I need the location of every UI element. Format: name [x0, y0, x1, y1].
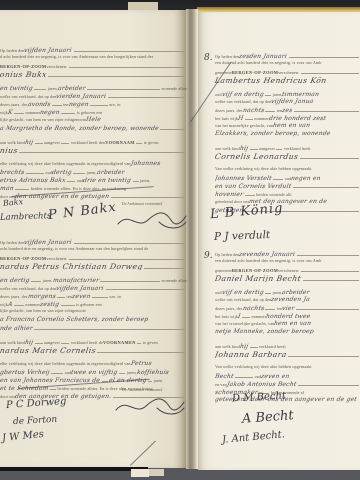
fill-line — [300, 154, 359, 160]
birth-record-entry: 9.Op heden den zevenden Januarieen duize… — [204, 250, 360, 469]
signature: Lambrechts — [0, 211, 51, 223]
printed-text: welke ons verklaard, dat op den — [215, 99, 271, 104]
printed-text: van het mannelijke geslacht, van — [215, 123, 273, 128]
fill-line — [235, 372, 253, 378]
printed-text: verklaard heeft — [259, 344, 286, 349]
fill-line — [108, 92, 186, 98]
fill-line — [303, 276, 359, 282]
handwritten-text: a Francina Cornelia Schetters, zonder be… — [0, 316, 149, 323]
record-lines: Op heden den zevenden Januarieen duizend… — [215, 250, 360, 404]
printed-text: aan welk kind — [215, 344, 240, 349]
birth-record-entry: 8.Op heden den zesden Januarieen duizend… — [204, 52, 360, 249]
handwritten-text: en van Cornelis Verdult — [215, 183, 292, 190]
handwritten-text: H — [237, 115, 244, 122]
handwritten-text: man — [0, 185, 14, 192]
handwritten-text: hem en van — [274, 320, 312, 327]
form-line: welke ons verklaard, dat op den vijfden … — [215, 98, 360, 106]
fill-line — [265, 288, 271, 294]
printed-text: dezes jaars, des — [0, 294, 28, 299]
form-line: en twintigjaren, arbeiderwonende alhie — [0, 84, 187, 92]
form-line: door ons den aangever en de getuigen — [0, 192, 187, 200]
printed-text: Op heden den — [215, 54, 239, 59]
form-line: d acht honderd drie en negentig, is voor… — [0, 54, 187, 62]
signature: de Forton — [13, 415, 58, 427]
printed-text: VOORNAMEN — [103, 340, 136, 345]
form-line: Van welke verklaring wij deze akte hebbe… — [215, 166, 360, 174]
printed-text: nommer — [254, 116, 269, 121]
handwritten-text: zes — [282, 107, 294, 114]
printed-text: Van welke verklaring wij deze akte hebbe… — [215, 364, 312, 369]
handwritten-text: onius Bukx — [0, 70, 48, 78]
printed-text: aan welk kind — [0, 340, 25, 345]
fill-line — [296, 304, 358, 310]
fill-line — [97, 348, 185, 354]
fill-line — [74, 238, 186, 244]
form-line: acht honderd drie en negentig, is voor o… — [0, 246, 187, 254]
printed-text: verschenen: — [278, 70, 299, 75]
form-line: welke ons verklaard, dat op den vierden … — [0, 92, 187, 100]
form-line: onius Bukx — [0, 70, 187, 78]
record-number: 8. — [204, 53, 213, 63]
handwritten-text: vijf en dertig — [221, 91, 264, 98]
signature: Bakx — [3, 197, 24, 208]
form-line: nardus Petrus Christiaan Dorweg — [0, 262, 187, 270]
form-line: lijke geslacht, van hem en van zijne ech… — [0, 308, 187, 316]
form-line: Elzakkers, zonder beroep, wonende — [215, 130, 360, 138]
form-line: gemeente BERGEN-OP-ZOOM verschenen: — [215, 266, 360, 274]
printed-text: lijke geslacht, van hem en van zijne ech… — [0, 117, 86, 122]
printed-text: wonende alhie — [161, 86, 187, 91]
form-line: a Francina Cornelia Schetters, zonder be… — [0, 316, 187, 324]
printed-text: een duizend acht honderd drie en negenti… — [215, 258, 321, 263]
handwritten-text: hem en van — [272, 122, 310, 129]
record-lines: Op heden den vijfden Januariacht honderd… — [0, 238, 187, 400]
handwritten-text: hij — [24, 339, 33, 346]
printed-text: jaren, — [127, 370, 137, 375]
handwritten-text: en twintig — [0, 85, 33, 92]
handwritten-text: Johannes Verstelt — [215, 175, 272, 182]
handwritten-text: den aangever en de getuigen — [15, 193, 110, 200]
printed-text: BERGEN-OP-ZOOM — [232, 268, 278, 273]
form-line: gemeente BERGEN-OP-ZOOM verschenen: — [215, 68, 360, 76]
printed-text: verschenen: — [278, 268, 299, 273]
printed-text: verklaard heeft den — [71, 140, 105, 145]
fill-line — [35, 338, 43, 344]
form-line: Cornelis Leonardus — [215, 152, 360, 160]
form-line: het huis wijk Inommer honderd twee — [215, 312, 360, 320]
fill-line — [265, 106, 275, 112]
handwritten-text: Daniel Marijn Becht — [215, 274, 302, 282]
printed-text: nommer — [25, 302, 40, 307]
printed-text: verklaard heeft de — [71, 340, 103, 345]
printed-text: welke ons verklaard, dat op den — [215, 297, 271, 302]
printed-text: oud — [215, 290, 222, 295]
printed-text: dezes jaars, des — [215, 306, 243, 311]
printed-text: beiden wonende alh — [256, 192, 291, 197]
handwritten-text: zeven en — [261, 373, 291, 380]
form-line: nardus Marie Cornelis — [0, 346, 187, 354]
handwritten-text: vier — [282, 305, 296, 312]
handwritten-text: etrus Adrianus Bakx — [0, 177, 66, 184]
fill-line — [106, 284, 186, 290]
form-line: en van Cornelis Verdult — [215, 182, 360, 190]
handwritten-text: Jakob Antonius Becht — [226, 381, 297, 388]
printed-text: jaren, — [140, 178, 150, 183]
form-line: een duizend acht honderd drie en negenti… — [215, 258, 360, 266]
handwritten-text: hovenier — [215, 191, 244, 198]
printed-text: gemeente — [215, 268, 232, 273]
handwritten-text: netje Manneke, zonder beroep — [215, 328, 314, 335]
fill-line — [301, 68, 359, 74]
fill-line — [265, 90, 271, 96]
fill-line — [250, 144, 258, 150]
handwritten-text: dertig — [51, 169, 72, 176]
fill-line — [26, 168, 44, 174]
printed-text: verklaard heeft — [284, 146, 311, 151]
printed-text: VOORNAAM — [105, 140, 135, 145]
handwritten-text: nde alhier — [0, 325, 33, 332]
form-line: nius — [0, 146, 187, 154]
fill-line — [14, 108, 24, 114]
form-line: aan welk kind hijverklaard heeft — [215, 342, 360, 350]
printed-text: jaren, — [48, 86, 58, 91]
handwritten-text: honderd twee — [265, 313, 311, 320]
form-line: welke ons verklaard, dat op den vijfden … — [0, 284, 187, 292]
form-line: van het mannelijke geslacht, van hem en … — [215, 122, 360, 130]
fill-line — [273, 174, 283, 180]
form-line: aan welk kind hijaangeververklaard heeft — [215, 144, 360, 152]
handwritten-text: Cornelis Leonardus — [215, 152, 299, 160]
form-line: a Margrietha de Ronde, zonder beroep, wo… — [0, 124, 187, 132]
handwritten-text: hij — [24, 139, 33, 146]
fill-line — [73, 168, 85, 174]
register-scan: De Ambtenaar voornoemd Op heden den vijf… — [0, 0, 360, 480]
fill-line — [297, 250, 359, 256]
fill-line — [250, 342, 258, 348]
handwritten-text: nachts — [242, 305, 265, 312]
fill-line — [102, 376, 108, 382]
form-line: welke ons verklaard, dat op den zevenden… — [215, 296, 360, 304]
printed-text: d acht honderd drie en negentig, is voor… — [0, 54, 153, 59]
printed-text: dezes jaars, des — [0, 102, 28, 107]
fill-line — [293, 182, 359, 188]
form-line: Op heden den vijfden Januari — [0, 238, 187, 246]
page-edge-tab — [149, 469, 164, 476]
form-line: het huis wijk Hnommer drie honderd zest — [215, 114, 360, 122]
form-line: wijk Knommer negenis geboren een — [0, 108, 187, 116]
printed-text: door ons — [0, 394, 15, 399]
page-edge-tab — [131, 469, 149, 477]
official-signature-flourish — [116, 209, 187, 233]
printed-text: wonende alhie — [161, 278, 187, 283]
printed-text: en van — [215, 382, 227, 387]
book-gutter — [186, 9, 198, 469]
fill-line — [87, 84, 160, 90]
fill-line — [242, 312, 250, 318]
form-line: Op heden den zesden Januari — [215, 52, 360, 60]
fill-line — [48, 72, 185, 78]
printed-text: aangever — [44, 140, 60, 145]
handwritten-text: arbeider — [282, 289, 311, 296]
handwritten-text: Johanna Barbara — [215, 350, 288, 358]
form-line: gbertus Verheijoud twee en vijftigjaren,… — [0, 368, 187, 376]
fill-line — [119, 368, 125, 374]
fill-line — [276, 144, 282, 150]
form-line: een duizend acht honderd drie en negenti… — [215, 60, 360, 68]
printed-text: ure, in — [109, 102, 120, 107]
handwritten-text: I — [237, 313, 241, 320]
form-line: dezes jaars, des nachtsten zes — [215, 106, 360, 114]
fill-line — [100, 276, 160, 282]
handwritten-text: negen en — [291, 175, 322, 182]
form-line: etrus Adrianus Bakxoud drie en twintigja… — [0, 176, 187, 184]
handwritten-text: arbeider — [96, 169, 125, 176]
fill-line — [19, 148, 185, 154]
fill-line — [245, 190, 255, 196]
signature: P J verdult — [214, 229, 271, 243]
form-line: lijke geslacht, van hem en van zijne ech… — [0, 116, 187, 124]
printed-text: Op heden den — [0, 240, 24, 245]
handwritten-text: timmerman — [282, 91, 320, 98]
printed-text: BERGEN-OP-ZOOM — [0, 64, 46, 69]
fill-line — [298, 380, 359, 386]
printed-text: verschenen: — [46, 64, 67, 69]
form-line: aan welk kind hijaangeververklaard heeft… — [0, 338, 187, 346]
handwritten-text: arbeider — [57, 85, 86, 92]
handwritten-text: en dertig — [0, 277, 30, 284]
printed-text: jaren, — [43, 278, 53, 283]
record-lines: Op heden den vijfden Januarid acht honde… — [0, 46, 187, 200]
handwritten-text: vijf en dertig — [221, 289, 264, 296]
fill-line — [288, 352, 358, 358]
fill-line — [57, 292, 65, 298]
printed-text: oud — [215, 92, 222, 97]
fill-line — [294, 106, 358, 112]
handwritten-text: nachts — [242, 107, 265, 114]
signature: J W Mes — [2, 429, 45, 444]
fill-line — [61, 108, 75, 114]
form-line: elke verklaring wij deze akte hebben opg… — [0, 360, 187, 368]
handwritten-text: negen — [68, 101, 89, 108]
handwritten-text: brechts — [0, 169, 25, 176]
handwritten-text: Becht — [215, 373, 234, 380]
handwritten-text: negen — [39, 109, 60, 116]
signature: J. Ant Becht. — [222, 429, 286, 445]
fill-line — [34, 84, 46, 90]
official-title: De Ambtenaar voornoemd — [122, 202, 162, 206]
handwritten-text: Hele — [85, 116, 101, 123]
form-line: en van Jakob Antonius Becht — [215, 380, 360, 388]
form-line: dezes jaars, des avondsten negenure, in — [0, 100, 187, 108]
printed-text: Op heden den — [0, 48, 24, 53]
fill-line — [160, 124, 185, 130]
handwritten-text: vijfden Januari — [56, 285, 105, 292]
fill-line — [136, 138, 142, 144]
handwritten-text: A — [7, 301, 13, 308]
form-line: dezes jaars, des nachtsten vier — [215, 304, 360, 312]
fill-line — [34, 324, 185, 330]
handwritten-text: zesden Januari — [239, 53, 288, 60]
printed-text: jaren — [154, 378, 163, 383]
handwritten-text: nius — [0, 146, 19, 154]
fill-line — [61, 338, 69, 344]
form-line: van het vrouwelijke geslacht, van hem en… — [215, 320, 360, 328]
fill-line — [113, 392, 185, 398]
printed-text: welke ons verklaard, dat op den — [0, 286, 56, 291]
form-line: BERGEN-OP-ZOOM verschenen: — [0, 62, 187, 70]
fill-line — [245, 114, 253, 120]
printed-text: BERGEN-OP-ZOOM — [0, 256, 46, 261]
printed-text: acht honderd drie en negentig, is voor o… — [0, 246, 148, 251]
handwritten-text: hij — [239, 343, 248, 350]
signature: A Becht — [242, 408, 295, 427]
handwritten-text: Elzakkers, zonder beroep, wonende — [215, 130, 331, 137]
fill-line — [35, 138, 43, 144]
form-line: BERGEN-OP-ZOOM verschenen: — [0, 254, 187, 262]
handwritten-text: koffiehuis — [136, 369, 169, 376]
fill-line — [301, 266, 359, 272]
handwritten-text: twee en vijftig — [71, 369, 119, 376]
handwritten-text: vijfden Janua — [271, 98, 315, 105]
handwritten-text: drie en twintig — [83, 177, 132, 184]
form-line: Op heden den vijfden Januari — [0, 46, 187, 54]
printed-text: het huis wijk — [215, 314, 238, 319]
printed-text: aan welk kind — [215, 146, 240, 151]
printed-text: te geven — [144, 140, 159, 145]
printed-text: aan welk kind — [0, 140, 25, 145]
form-line: brechtsoud dertigjaren, arbeider — [0, 168, 187, 176]
printed-text: is geboren een — [76, 302, 102, 307]
printed-text: het huis wijk — [215, 116, 238, 121]
form-line: Op heden den zevenden Januari — [215, 250, 360, 258]
fill-line — [90, 100, 108, 106]
printed-text: te geven — [143, 340, 158, 345]
fill-line — [133, 176, 139, 182]
fill-line — [15, 184, 29, 190]
form-line: netje Manneke, zonder beroep — [215, 328, 360, 336]
birth-record-entry: De Ambtenaar voornoemd Op heden den vijf… — [0, 46, 187, 238]
form-line: nde alhier — [0, 324, 187, 332]
form-line: Daniel Marijn Becht — [215, 274, 360, 282]
fill-line — [31, 276, 41, 282]
fill-line — [289, 52, 359, 58]
signature: P N Bakx — [47, 200, 117, 223]
record-number: 9. — [204, 251, 213, 261]
printed-text: Van welke verklaring wij deze akte hebbe… — [215, 166, 312, 171]
printed-text: is geboren een — [77, 110, 103, 115]
fill-line — [144, 264, 185, 270]
printed-text: verschenen: — [46, 256, 67, 261]
handwritten-text: gbertus Verheij — [0, 369, 50, 376]
form-line: Lambertus Hendricus Kön — [215, 76, 360, 84]
printed-text: jaren, — [87, 170, 97, 175]
printed-text: aangever — [44, 340, 60, 345]
printed-text: aangever — [259, 146, 275, 151]
fill-line — [51, 368, 63, 374]
handwritten-text: zestig — [39, 301, 59, 308]
handwritten-text: vijfden Januari — [24, 239, 73, 246]
handwritten-text: Petrus — [130, 360, 152, 367]
handwritten-text: nardus Marie Cornelis — [0, 346, 97, 354]
printed-text: lijke geslacht, van hem en van zijne ech… — [0, 308, 86, 313]
handwritten-text: a Margrietha de Ronde, zonder beroep, wo… — [0, 125, 159, 132]
form-line: elke verklaring wij deze akte hebben opg… — [0, 160, 187, 168]
birth-record-entry: De Ambtenaar voornoemd Op heden den vijf… — [0, 238, 187, 469]
handwritten-text: drie honderd zest — [268, 115, 326, 122]
handwritten-text: Johannes — [130, 160, 161, 167]
form-line: oud vijf en dertigjaren, arbeider — [215, 288, 360, 296]
printed-text: beiden wonende alhier. En is deze akte, … — [57, 386, 152, 391]
form-line: Van welke verklaring wij deze akte hebbe… — [215, 364, 360, 372]
handwritten-text: K — [7, 109, 13, 116]
handwritten-text: Lambertus Hendricus Kön — [215, 76, 327, 84]
handwritten-text: hij — [239, 145, 248, 152]
form-line: en dertigjaren, manufacturierwonende alh… — [0, 276, 187, 284]
handwritten-text: morgens — [27, 293, 56, 300]
form-line: oud vijf en dertigjaren, timmerman — [215, 90, 360, 98]
printed-text: nommer — [26, 110, 41, 115]
handwritten-text: avonds — [27, 101, 51, 108]
fill-line — [67, 176, 75, 182]
record-lines: Op heden den zesden Januarieen duizend a… — [215, 52, 360, 214]
fill-line — [61, 138, 69, 144]
printed-text: Op heden den — [215, 252, 239, 257]
fill-line — [14, 300, 24, 306]
printed-text: dezes jaars, des — [215, 108, 243, 113]
form-line: Bechtoud zeven en — [215, 372, 360, 380]
form-line: Johannes Versteltoud negen en — [215, 174, 360, 182]
handwritten-text: nardus Petrus Christiaan Dorweg — [0, 262, 144, 270]
fill-line — [265, 304, 275, 310]
fill-line — [74, 46, 186, 52]
fill-line — [111, 192, 186, 198]
fill-line — [61, 300, 75, 306]
fill-line — [52, 100, 62, 106]
printed-text: elke verklaring wij deze akte hebben opg… — [0, 161, 131, 166]
form-line: dezes jaars, des morgensten zevenure, in — [0, 292, 187, 300]
form-line: Johanna Barbara — [215, 350, 360, 358]
form-line: hovenierbeiden wonende alh — [215, 190, 360, 198]
printed-text: BERGEN-OP-ZOOM — [232, 70, 278, 75]
handwritten-text: zeven — [71, 293, 91, 300]
fill-line — [92, 292, 108, 298]
handwritten-text: manufacturier — [52, 277, 99, 284]
form-line: aan welk kind hijaangeververklaard heeft… — [0, 138, 187, 146]
printed-text: welke ons verklaard, dat op den — [0, 94, 56, 99]
printed-text: ure, in — [109, 294, 120, 299]
handwritten-text: vijfden Januari — [24, 47, 73, 54]
fill-line — [137, 338, 141, 344]
form-line: wijk Anommer zestigis geboren een — [0, 300, 187, 308]
handwritten-text: zevenden Ja — [271, 296, 311, 303]
printed-text: nommer — [252, 314, 267, 319]
printed-text: van het vrouwelijke geslacht, van — [215, 321, 274, 326]
handwritten-text: vierden Januari — [56, 93, 107, 100]
handwritten-text: zevenden Januari — [239, 251, 296, 258]
fill-line — [69, 254, 186, 260]
printed-text: elke verklaring wij deze akte hebben opg… — [0, 361, 131, 366]
fill-line — [69, 62, 186, 68]
